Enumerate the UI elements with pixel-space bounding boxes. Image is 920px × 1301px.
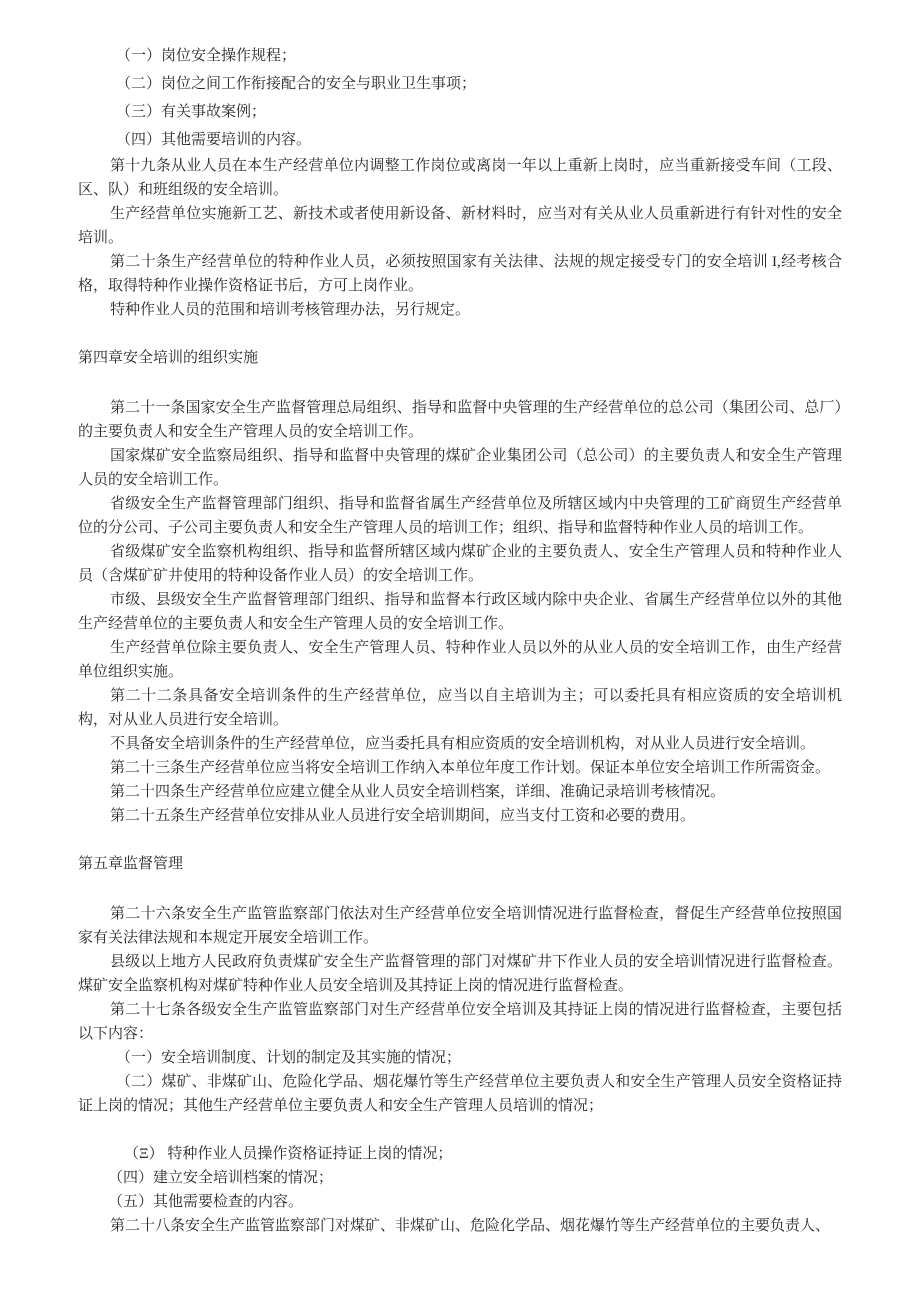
paragraph: 第二十三条生产经营单位应当将安全培训工作纳入本单位年度工作计划。保证本单位安全培… bbox=[78, 756, 842, 780]
document-body: （一）岗位安全操作规程； （二）岗位之间工作衔接配合的安全与职业卫生事项； （三… bbox=[0, 0, 920, 1238]
paragraph: 第二十六条安全生产监管监察部门依法对生产经营单位安全培训情况进行监督检查，督促生… bbox=[78, 902, 842, 950]
list-item: （一）岗位安全操作规程； bbox=[78, 42, 842, 70]
paragraph: 第二十八条安全生产监管监察部门对煤矿、非煤矿山、危险化学品、烟花爆竹等生产经营单… bbox=[78, 1214, 842, 1238]
list-item: （四）建立安全培训档案的情况； bbox=[78, 1166, 842, 1190]
list-item: （二）煤矿、非煤矿山、危险化学品、烟花爆竹等生产经营单位主要负责人和安全生产管理… bbox=[78, 1070, 842, 1118]
document-page: （一）岗位安全操作规程； （二）岗位之间工作衔接配合的安全与职业卫生事项； （三… bbox=[0, 0, 920, 1301]
paragraph: 第二十五条生产经营单位安排从业人员进行安全培训期间，应当支付工资和必要的费用。 bbox=[78, 804, 842, 828]
paragraph: 国家煤矿安全监察局组织、指导和监督中央管理的煤矿企业集团公司（总公司）的主要负责… bbox=[78, 444, 842, 492]
list-item: （四）其他需要培训的内容。 bbox=[78, 126, 842, 154]
paragraph: 市级、县级安全生产监督管理部门组织、指导和监督本行政区域内除中央企业、省属生产经… bbox=[78, 588, 842, 636]
list-item: （Ξ） 特种作业人员操作资格证持证上岗的情况； bbox=[78, 1142, 842, 1166]
list-item: （一）安全培训制度、计划的制定及其实施的情况； bbox=[78, 1046, 842, 1070]
paragraph: 第二十七条各级安全生产监管监察部门对生产经营单位安全培训及其持证上岗的情况进行监… bbox=[78, 998, 842, 1046]
list-item: （三）有关事故案例； bbox=[78, 98, 842, 126]
paragraph: 不具备安全培训条件的生产经营单位，应当委托具有相应资质的安全培训机构，对从业人员… bbox=[78, 732, 842, 756]
paragraph: 第二十条生产经营单位的特种作业人员，必须按照国家有关法律、法规的规定接受专门的安… bbox=[78, 250, 842, 298]
paragraph: 第二十四条生产经营单位应建立健全从业人员安全培训档案，详细、准确记录培训考核情况… bbox=[78, 780, 842, 804]
paragraph: 第二十一条国家安全生产监督管理总局组织、指导和监督中央管理的生产经营单位的总公司… bbox=[78, 396, 842, 444]
paragraph: 县级以上地方人民政府负责煤矿安全生产监督管理的部门对煤矿井下作业人员的安全培训情… bbox=[78, 950, 842, 998]
paragraph: 省级安全生产监督管理部门组织、指导和监督省属生产经营单位及所辖区域内中央管理的工… bbox=[78, 492, 842, 540]
paragraph: 生产经营单位实施新工艺、新技术或者使用新设备、新材料时，应当对有关从业人员重新进… bbox=[78, 202, 842, 250]
paragraph: 第十九条从业人员在本生产经营单位内调整工作岗位或离岗一年以上重新上岗时，应当重新… bbox=[78, 154, 842, 202]
paragraph: 特种作业人员的范围和培训考核管理办法，另行规定。 bbox=[78, 298, 842, 322]
chapter-heading: 第四章安全培训的组织实施 bbox=[78, 346, 842, 370]
paragraph: 生产经营单位除主要负责人、安全生产管理人员、特种作业人员以外的从业人员的安全培训… bbox=[78, 636, 842, 684]
paragraph: 省级煤矿安全监察机构组织、指导和监督所辖区域内煤矿企业的主要负责人、安全生产管理… bbox=[78, 540, 842, 588]
chapter-heading: 第五章监督管理 bbox=[78, 852, 842, 876]
list-item: （五）其他需要检查的内容。 bbox=[78, 1190, 842, 1214]
list-item: （二）岗位之间工作衔接配合的安全与职业卫生事项； bbox=[78, 70, 842, 98]
paragraph: 第二十二条具备安全培训条件的生产经营单位，应当以自主培训为主；可以委托具有相应资… bbox=[78, 684, 842, 732]
